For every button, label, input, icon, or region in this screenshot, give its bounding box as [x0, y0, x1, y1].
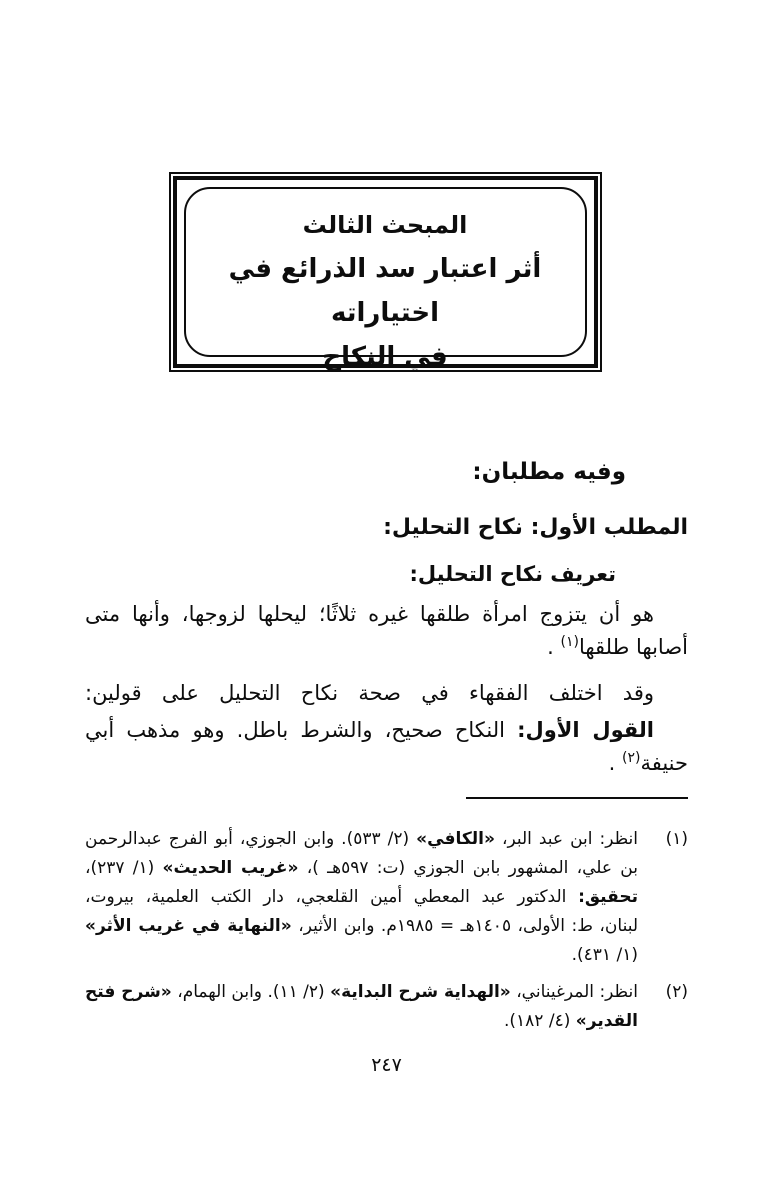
text-segment: الدكتور عبد المعطي أمين القلعجي، دار الك… [85, 887, 578, 907]
text-segment: انظر: ابن عبد البر، [495, 829, 638, 849]
text-line: أصابها طلقها(١) . [85, 631, 688, 667]
text-segment: القول الأول: [517, 718, 654, 742]
text-segment: أصابها طلقها [579, 635, 688, 659]
text-line: لبنان، ط: الأولى، ١٤٠٥هـ = ١٩٨٥م. وابن ا… [85, 912, 638, 941]
text-segment: «شرح فتح [85, 982, 172, 1002]
text-line: حنيفة(٢) . [85, 747, 688, 783]
footnote-marker: (١) [666, 825, 688, 854]
text-segment: لبنان، ط: الأولى، ١٤٠٥هـ = ١٩٨٥م. وابن ا… [292, 916, 638, 936]
text-line: القول الأول: النكاح صحيح، والشرط باطل. و… [85, 714, 688, 747]
text-line: (١/ ٤٣١). [85, 941, 638, 970]
text-segment: «الكافي» [416, 829, 495, 849]
text-line: انظر: ابن عبد البر، «الكافي» (٢/ ٥٣٣). و… [85, 825, 638, 854]
text-segment: حنيفة [640, 751, 688, 775]
text-segment: هو أن يتزوج امرأة طلقها غيره ثلاثًا؛ ليح… [85, 602, 654, 626]
book-page: المبحث الثالث أثر اعتبار سد الذرائع في ا… [0, 0, 770, 1192]
footnote: (٢)انظر: المرغيناني، «الهداية شرح البداي… [85, 978, 688, 1036]
paragraph: القول الأول: النكاح صحيح، والشرط باطل. و… [85, 714, 688, 783]
text-segment: «غريب الحديث» [163, 858, 299, 878]
text-segment: (٢/ ١١). وابن الهمام، [172, 982, 330, 1002]
footnote-ref: (٢) [622, 750, 640, 766]
text-segment: (٢/ ٥٣٣). وابن الجوزي، أبو الفرج عبدالرح… [85, 829, 416, 849]
text-segment: . [609, 751, 622, 775]
title-box-inner-frame: المبحث الثالث أثر اعتبار سد الذرائع في ا… [184, 187, 587, 357]
chapter-title-line-2: أثر اعتبار سد الذرائع في اختياراته [194, 247, 577, 335]
title-box-middle-border: المبحث الثالث أثر اعتبار سد الذرائع في ا… [173, 176, 598, 368]
text-segment: «الهداية شرح البداية» [330, 982, 511, 1002]
footnote-marker: (٢) [666, 978, 688, 1007]
definition-heading: تعريف نكاح التحليل: [85, 554, 688, 594]
text-line: القدير» (٤/ ١٨٢). [85, 1007, 638, 1036]
text-line: تحقيق: الدكتور عبد المعطي أمين القلعجي، … [85, 883, 638, 912]
page-number: ٢٤٧ [85, 1052, 688, 1078]
chapter-title-line-3: في النكاح [194, 335, 577, 379]
body-paragraphs: هو أن يتزوج امرأة طلقها غيره ثلاثًا؛ ليح… [85, 598, 688, 783]
text-line: بن علي، المشهور بابن الجوزي (ت: ٥٩٧هـ )،… [85, 854, 638, 883]
text-line: هو أن يتزوج امرأة طلقها غيره ثلاثًا؛ ليح… [85, 598, 688, 631]
intro-heading: وفيه مطلبان: [85, 452, 688, 492]
section-heading: المطلب الأول: نكاح التحليل: [85, 508, 688, 548]
text-segment: القدير» [576, 1011, 638, 1031]
footnote-separator [466, 797, 688, 799]
chapter-title-box: المبحث الثالث أثر اعتبار سد الذرائع في ا… [169, 172, 602, 372]
paragraph: وقد اختلف الفقهاء في صحة نكاح التحليل عل… [85, 677, 688, 710]
text-segment: «النهاية في غريب الأثر» [85, 916, 292, 936]
chapter-title-line-1: المبحث الثالث [194, 203, 577, 247]
footnote-ref: (١) [561, 634, 579, 650]
text-segment: (١/ ٢٣٧)، [85, 858, 163, 878]
footnote-text: انظر: المرغيناني، «الهداية شرح البداية» … [85, 978, 688, 1036]
text-segment: بن علي، المشهور بابن الجوزي (ت: ٥٩٧هـ )، [299, 858, 638, 878]
text-segment: . [547, 635, 560, 659]
footnotes: (١)انظر: ابن عبد البر، «الكافي» (٢/ ٥٣٣)… [85, 825, 688, 1036]
text-line: وقد اختلف الفقهاء في صحة نكاح التحليل عل… [85, 677, 688, 710]
text-segment: تحقيق: [578, 887, 638, 907]
paragraph: هو أن يتزوج امرأة طلقها غيره ثلاثًا؛ ليح… [85, 598, 688, 667]
text-segment: (٤/ ١٨٢). [504, 1011, 576, 1031]
text-segment: انظر: المرغيناني، [511, 982, 638, 1002]
text-segment: (١/ ٤٣١). [572, 945, 638, 965]
text-segment: وقد اختلف الفقهاء في صحة نكاح التحليل عل… [85, 681, 654, 705]
footnote: (١)انظر: ابن عبد البر، «الكافي» (٢/ ٥٣٣)… [85, 825, 688, 970]
footnote-text: انظر: ابن عبد البر، «الكافي» (٢/ ٥٣٣). و… [85, 825, 688, 970]
text-segment: النكاح صحيح، والشرط باطل. وهو مذهب أبي [85, 718, 517, 742]
text-line: انظر: المرغيناني، «الهداية شرح البداية» … [85, 978, 638, 1007]
text-column: وفيه مطلبان: المطلب الأول: نكاح التحليل:… [0, 452, 770, 1078]
